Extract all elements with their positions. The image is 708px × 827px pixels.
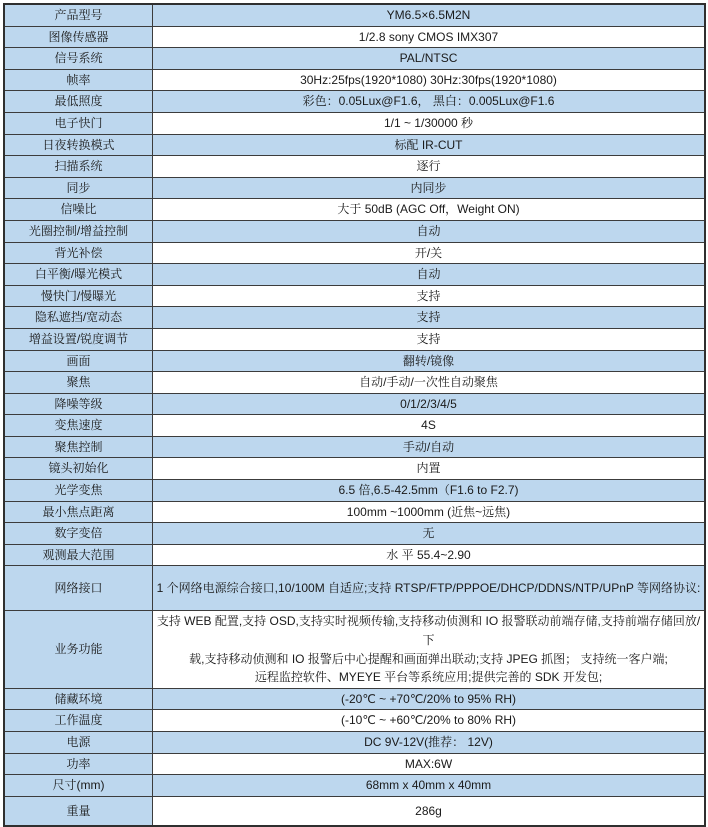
spec-value: 30Hz:25fps(1920*1080) 30Hz:30fps(1920*10… [153, 69, 706, 91]
spec-label: 业务功能 [4, 611, 153, 688]
spec-value: 1/2.8 sony CMOS IMX307 [153, 26, 706, 48]
spec-value: 1/1 ~ 1/30000 秒 [153, 112, 706, 134]
spec-row: 光圈控制/增益控制 自动 [4, 220, 705, 242]
spec-value: (-20℃ ~ +70℃/20% to 95% RH) [153, 688, 706, 710]
spec-value: 开/关 [153, 242, 706, 264]
spec-label: 增益设置/锐度调节 [4, 328, 153, 350]
spec-value: 100mm ~1000mm (近焦~远焦) [153, 501, 706, 523]
spec-row: 电源 DC 9V-12V(推荐： 12V) [4, 732, 705, 742]
spec-label: 工作温度 [4, 710, 153, 732]
spec-label: 聚焦控制 [4, 436, 153, 458]
spec-label: 观测最大范围 [4, 544, 153, 566]
spec-label: 聚焦 [4, 372, 153, 394]
spec-row: 扫描系统 逐行 [4, 156, 705, 178]
spec-label: 慢快门/慢曝光 [4, 285, 153, 307]
spec-row: 画面 翻转/镜像 [4, 350, 705, 372]
spec-value: 标配 IR-CUT [153, 134, 706, 156]
spec-row: 白平衡/曝光模式 自动 [4, 264, 705, 286]
spec-row: 日夜转换模式 标配 IR-CUT [4, 134, 705, 156]
spec-label: 最低照度 [4, 91, 153, 113]
spec-value: 水 平 55.4~2.90 [153, 544, 706, 566]
spec-label: 储藏环境 [4, 688, 153, 710]
spec-row: 业务功能 支持 WEB 配置,支持 OSD,支持实时视频传输,支持移动侦测和 I… [4, 611, 705, 688]
spec-value: 自动 [153, 264, 706, 286]
spec-label: 光学变焦 [4, 480, 153, 502]
spec-value: 1 个网络电源综合接口,10/100M 自适应;支持 RTSP/FTP/PPPO… [153, 566, 706, 611]
spec-label: 变焦速度 [4, 415, 153, 437]
spec-label: 降噪等级 [4, 393, 153, 415]
spec-row: 同步 内同步 [4, 177, 705, 199]
spec-row: 观测最大范围 水 平 55.4~2.90 [4, 544, 705, 566]
spec-value: 4S [153, 415, 706, 437]
spec-row: 背光补偿 开/关 [4, 242, 705, 264]
spec-value: 大于 50dB (AGC Off，Weight ON) [153, 199, 706, 221]
spec-value: 逐行 [153, 156, 706, 178]
spec-label: 日夜转换模式 [4, 134, 153, 156]
spec-value: 支持 [153, 328, 706, 350]
spec-value: YM6.5×6.5M2N [153, 4, 706, 26]
spec-label: 扫描系统 [4, 156, 153, 178]
spec-value: 支持 [153, 307, 706, 329]
spec-value: 自动/手动/一次性自动聚焦 [153, 372, 706, 394]
spec-label: 背光补偿 [4, 242, 153, 264]
spec-value: 无 [153, 523, 706, 545]
spec-row: 网络接口 1 个网络电源综合接口,10/100M 自适应;支持 RTSP/FTP… [4, 566, 705, 611]
spec-label: 信号系统 [4, 48, 153, 70]
spec-table-body: 产品型号 YM6.5×6.5M2N 图像传感器 1/2.8 sony CMOS … [4, 4, 705, 741]
spec-row: 帧率 30Hz:25fps(1920*1080) 30Hz:30fps(1920… [4, 69, 705, 91]
spec-row: 数字变倍 无 [4, 523, 705, 545]
spec-table: 产品型号 YM6.5×6.5M2N 图像传感器 1/2.8 sony CMOS … [3, 3, 706, 741]
spec-label: 电子快门 [4, 112, 153, 134]
spec-value: 内置 [153, 458, 706, 480]
spec-value: 0/1/2/3/4/5 [153, 393, 706, 415]
spec-row: 工作温度 (-10℃ ~ +60℃/20% to 80% RH) [4, 710, 705, 732]
spec-label: 镜头初始化 [4, 458, 153, 480]
spec-value: PAL/NTSC [153, 48, 706, 70]
spec-label: 隐私遮挡/宽动态 [4, 307, 153, 329]
spec-row: 慢快门/慢曝光 支持 [4, 285, 705, 307]
spec-row: 电子快门 1/1 ~ 1/30000 秒 [4, 112, 705, 134]
spec-row: 镜头初始化 内置 [4, 458, 705, 480]
spec-row: 变焦速度 4S [4, 415, 705, 437]
spec-value: 支持 [153, 285, 706, 307]
spec-row: 聚焦 自动/手动/一次性自动聚焦 [4, 372, 705, 394]
spec-label: 信噪比 [4, 199, 153, 221]
spec-label: 网络接口 [4, 566, 153, 611]
spec-label: 图像传感器 [4, 26, 153, 48]
spec-label: 同步 [4, 177, 153, 199]
spec-label: 帧率 [4, 69, 153, 91]
spec-label: 画面 [4, 350, 153, 372]
spec-label: 光圈控制/增益控制 [4, 220, 153, 242]
spec-value: DC 9V-12V(推荐： 12V) [153, 732, 706, 742]
spec-value: 6.5 倍,6.5-42.5mm（F1.6 to F2.7) [153, 480, 706, 502]
spec-row: 产品型号 YM6.5×6.5M2N [4, 4, 705, 26]
spec-sheet: 产品型号 YM6.5×6.5M2N 图像传感器 1/2.8 sony CMOS … [3, 3, 706, 741]
spec-row: 增益设置/锐度调节 支持 [4, 328, 705, 350]
spec-row: 信噪比 大于 50dB (AGC Off，Weight ON) [4, 199, 705, 221]
spec-value: 内同步 [153, 177, 706, 199]
spec-label: 数字变倍 [4, 523, 153, 545]
spec-row: 降噪等级 0/1/2/3/4/5 [4, 393, 705, 415]
spec-label: 最小焦点距离 [4, 501, 153, 523]
spec-value: (-10℃ ~ +60℃/20% to 80% RH) [153, 710, 706, 732]
spec-label: 白平衡/曝光模式 [4, 264, 153, 286]
spec-row: 信号系统 PAL/NTSC [4, 48, 705, 70]
spec-value: 手动/自动 [153, 436, 706, 458]
spec-row: 最低照度 彩色：0.05Lux@F1.6， 黑白：0.005Lux@F1.6 [4, 91, 705, 113]
spec-row: 图像传感器 1/2.8 sony CMOS IMX307 [4, 26, 705, 48]
spec-value: 支持 WEB 配置,支持 OSD,支持实时视频传输,支持移动侦测和 IO 报警联… [153, 611, 706, 688]
spec-row: 聚焦控制 手动/自动 [4, 436, 705, 458]
spec-value: 翻转/镜像 [153, 350, 706, 372]
spec-row: 储藏环境 (-20℃ ~ +70℃/20% to 95% RH) [4, 688, 705, 710]
spec-value: 自动 [153, 220, 706, 242]
spec-value: 彩色：0.05Lux@F1.6， 黑白：0.005Lux@F1.6 [153, 91, 706, 113]
spec-row: 隐私遮挡/宽动态 支持 [4, 307, 705, 329]
spec-row: 最小焦点距离 100mm ~1000mm (近焦~远焦) [4, 501, 705, 523]
spec-row: 光学变焦 6.5 倍,6.5-42.5mm（F1.6 to F2.7) [4, 480, 705, 502]
spec-label: 电源 [4, 732, 153, 742]
spec-label: 产品型号 [4, 4, 153, 26]
